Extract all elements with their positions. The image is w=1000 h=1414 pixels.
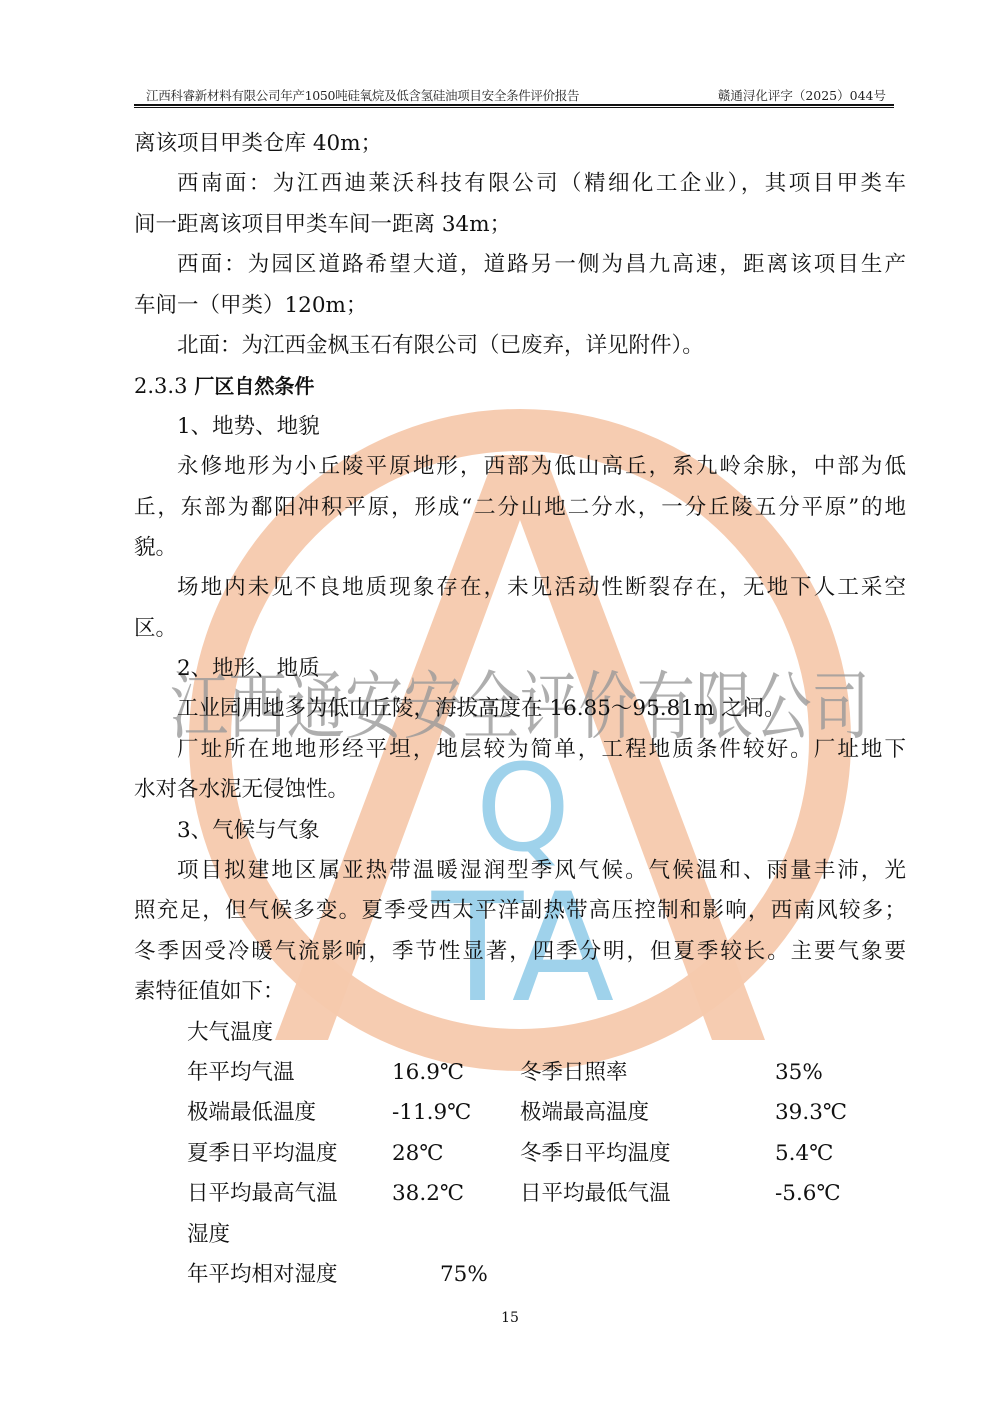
climate-key: 极端最高温度 bbox=[520, 1093, 649, 1133]
climate-key: 冬季日平均温度 bbox=[520, 1134, 671, 1174]
climate-value: 75% bbox=[440, 1255, 488, 1295]
temperature-label-row: 大气温度 bbox=[134, 1013, 906, 1053]
climate-value: -5.6℃ bbox=[775, 1174, 841, 1214]
climate-key: 日平均最低气温 bbox=[520, 1174, 671, 1214]
paragraph-line: 貌。 bbox=[134, 528, 906, 568]
paragraph-line: 素特征值如下： bbox=[134, 972, 906, 1012]
climate-value: 35% bbox=[775, 1053, 823, 1093]
climate-value: 5.4℃ bbox=[775, 1134, 833, 1174]
climate-value: 16.9℃ bbox=[392, 1053, 464, 1093]
climate-value: 38.2℃ bbox=[392, 1174, 464, 1214]
paragraph-line: 离该项目甲类仓库 40m； bbox=[134, 124, 906, 164]
climate-value: -11.9℃ bbox=[392, 1093, 471, 1133]
paragraph-line: 区。 bbox=[134, 609, 906, 649]
paragraph-line: 冬季因受冷暖气流影响，季节性显著，四季分明，但夏季较长。主要气象要 bbox=[134, 932, 906, 972]
paragraph-line: 永修地形为小丘陵平原地形，西部为低山高丘，系九岭余脉，中部为低 bbox=[134, 447, 906, 487]
paragraph-line: 水对各水泥无侵蚀性。 bbox=[134, 770, 906, 810]
humidity-label: 湿度 bbox=[187, 1215, 230, 1255]
climate-table-row: 夏季日平均温度 28℃ 冬季日平均温度 5.4℃ bbox=[134, 1134, 906, 1174]
climate-table-row: 年平均相对湿度 75% bbox=[134, 1255, 906, 1295]
subsection-heading: 3、气候与气象 bbox=[134, 811, 906, 851]
paragraph-line: 照充足，但气候多变。夏季受西太平洋副热带高压控制和影响，西南风较多； bbox=[134, 891, 906, 931]
climate-value: 28℃ bbox=[392, 1134, 443, 1174]
climate-table-row: 年平均气温 16.9℃ 冬季日照率 35% bbox=[134, 1053, 906, 1093]
humidity-label-row: 湿度 bbox=[134, 1215, 906, 1255]
subsection-heading: 1、地势、地貌 bbox=[134, 407, 906, 447]
paragraph-line: 北面：为江西金枫玉石有限公司（已废弃，详见附件）。 bbox=[134, 326, 906, 366]
document-number: 赣通浔化评字（2025）044号 bbox=[718, 86, 886, 104]
paragraph-line: 项目拟建地区属亚热带温暖湿润型季风气候。气候温和、雨量丰沛，光 bbox=[134, 851, 906, 891]
subsection-heading: 2、地形、地质 bbox=[134, 649, 906, 689]
climate-key: 夏季日平均温度 bbox=[187, 1134, 338, 1174]
climate-key: 年平均气温 bbox=[187, 1053, 295, 1093]
page-number: 15 bbox=[0, 1310, 1000, 1326]
paragraph-line: 厂址所在地地形经平坦，地层较为简单，工程地质条件较好。厂址地下 bbox=[134, 730, 906, 770]
climate-key: 年平均相对湿度 bbox=[187, 1255, 338, 1295]
climate-key: 日平均最高气温 bbox=[187, 1174, 338, 1214]
paragraph-line: 间一距离该项目甲类车间一距离 34m； bbox=[134, 205, 906, 245]
header-rule-thin bbox=[134, 107, 894, 108]
paragraph-line: 西南面：为江西迪莱沃科技有限公司（精细化工企业），其项目甲类车 bbox=[134, 164, 906, 204]
section-number: 2.3.3 bbox=[134, 374, 187, 398]
document-page: 江西科睿新材料有限公司年产1050吨硅氧烷及低含氢硅油项目安全条件评价报告 赣通… bbox=[0, 0, 1000, 1414]
climate-table-row: 日平均最高气温 38.2℃ 日平均最低气温 -5.6℃ bbox=[134, 1174, 906, 1214]
header-rule bbox=[134, 104, 894, 106]
report-title: 江西科睿新材料有限公司年产1050吨硅氧烷及低含氢硅油项目安全条件评价报告 bbox=[146, 86, 579, 104]
paragraph-line: 丘，东部为鄱阳冲积平原，形成“二分山地二分水，一分丘陵五分平原”的地 bbox=[134, 488, 906, 528]
body-content: 离该项目甲类仓库 40m； 西南面：为江西迪莱沃科技有限公司（精细化工企业），其… bbox=[134, 124, 906, 1295]
climate-value: 39.3℃ bbox=[775, 1093, 847, 1133]
climate-key: 极端最低温度 bbox=[187, 1093, 316, 1133]
climate-table-row: 极端最低温度 -11.9℃ 极端最高温度 39.3℃ bbox=[134, 1093, 906, 1133]
climate-key: 冬季日照率 bbox=[520, 1053, 628, 1093]
paragraph-line: 工业园用地多为低山丘陵，海拔高度在 16.85～95.81m 之间。 bbox=[134, 689, 906, 729]
section-heading: 2.3.3 厂区自然条件 bbox=[134, 366, 906, 406]
paragraph-line: 车间一（甲类）120m； bbox=[134, 286, 906, 326]
section-title: 厂区自然条件 bbox=[194, 374, 314, 398]
temperature-label: 大气温度 bbox=[187, 1013, 273, 1053]
paragraph-line: 场地内未见不良地质现象存在，未见活动性断裂存在，无地下人工采空 bbox=[134, 568, 906, 608]
page-header: 江西科睿新材料有限公司年产1050吨硅氧烷及低含氢硅油项目安全条件评价报告 赣通… bbox=[134, 84, 894, 106]
paragraph-line: 西面：为园区道路希望大道，道路另一侧为昌九高速，距离该项目生产 bbox=[134, 245, 906, 285]
